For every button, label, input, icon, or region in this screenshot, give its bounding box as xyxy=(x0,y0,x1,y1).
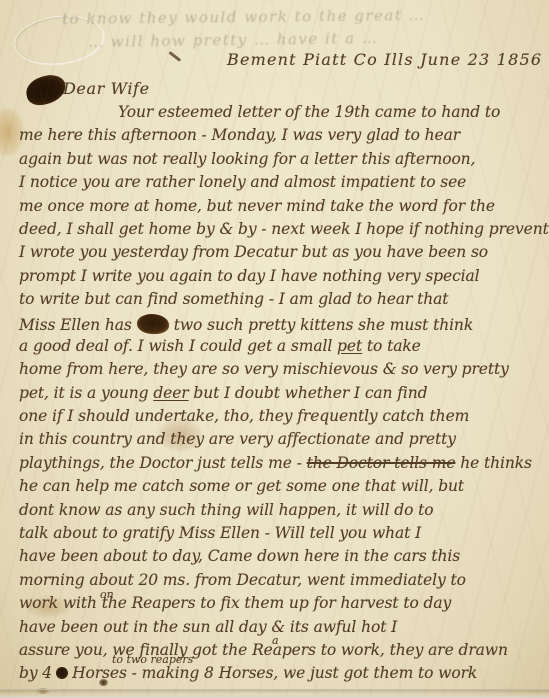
letter-line: dont know as any such thing will happen,… xyxy=(19,501,541,524)
struck-text: the Doctor tells me xyxy=(307,454,456,472)
letter-line: have been out in the sun all day & its a… xyxy=(19,618,541,641)
pen-flick-mark xyxy=(169,51,182,62)
letter-line: prompt I write you again to day I have n… xyxy=(19,267,541,290)
letter-line: morning about 20 ms. from Decatur, went … xyxy=(19,571,541,594)
letter-line: I notice you are rather lonely and almos… xyxy=(19,173,541,196)
ink-speck xyxy=(99,679,108,686)
letter-line: work with the Reapers to fix them up for… xyxy=(19,594,541,617)
underlined-word: pet xyxy=(337,337,362,355)
bleedthrough-line: … will how pretty … have it a … xyxy=(88,29,379,51)
line-text: a good deal of. I wish I could get a sma… xyxy=(19,337,337,355)
letter-line: have been about to day, Came down here i… xyxy=(19,547,541,570)
ink-blot xyxy=(56,667,68,679)
line-text: he thinks xyxy=(455,454,532,472)
underlined-word: deer xyxy=(153,384,188,402)
line-text: Miss Ellen has xyxy=(19,316,132,334)
letter-line: assure you, we finally got the Reapers t… xyxy=(19,641,541,664)
letter-line: I wrote you yesterday from Decatur but a… xyxy=(19,243,541,266)
salutation: Dear Wife xyxy=(63,79,150,98)
line-text: but I doubt whether I can find xyxy=(189,384,428,402)
line-text: two such pretty kittens she must think xyxy=(174,316,473,334)
letter-body: Your esteemed letter of the 19th came to… xyxy=(19,103,541,688)
letter-line: in this country and they are very affect… xyxy=(19,430,541,453)
line-text: pet, it is a young xyxy=(19,384,153,402)
line-text: Horses - making 8 Horses, we just got th… xyxy=(72,664,477,682)
letter-line: Miss Ellen hastwo such pretty kittens sh… xyxy=(19,314,541,337)
line-text: by 4 xyxy=(19,664,52,682)
paper-bottom-edge xyxy=(0,689,549,698)
letter-line: pet, it is a young deer but I doubt whet… xyxy=(19,384,541,407)
inserted-word: a xyxy=(272,634,279,647)
bleedthrough-line: to know they would work to the great … xyxy=(62,6,425,28)
letter-line: a good deal of. I wish I could get a sma… xyxy=(19,337,541,360)
inserted-word: to two reapers xyxy=(112,653,193,666)
line-text: to take xyxy=(362,337,421,355)
letter-line: playthings, the Doctor just tells me - t… xyxy=(19,454,541,477)
letter-line: one if I should undertake, tho, they fre… xyxy=(19,407,541,430)
inserted-word: on xyxy=(100,588,114,601)
ink-blot xyxy=(137,314,169,334)
letter-line: by 4Horses - making 8 Horses, we just go… xyxy=(19,664,541,687)
letter-line: deed, I shall get home by & by - next we… xyxy=(19,220,541,243)
letter-line: again but was not really looking for a l… xyxy=(19,150,541,173)
line-text: playthings, the Doctor just tells me - xyxy=(19,454,307,472)
letter-line: Your esteemed letter of the 19th came to… xyxy=(19,103,541,126)
letter-line: me once more at home, but never mind tak… xyxy=(19,197,541,220)
letter-line: me here this afternoon - Monday, I was v… xyxy=(19,126,541,149)
letter-line: home from here, they are so very mischie… xyxy=(19,360,541,383)
letter-line: he can help me catch some or get some on… xyxy=(19,477,541,500)
letter-line: talk about to gratify Miss Ellen - Will … xyxy=(19,524,541,547)
letter-page: to know they would work to the great … …… xyxy=(0,0,549,698)
letter-line: to write but can find something - I am g… xyxy=(19,290,541,313)
dateline: Bement Piatt Co Ills June 23 1856 xyxy=(227,50,542,69)
